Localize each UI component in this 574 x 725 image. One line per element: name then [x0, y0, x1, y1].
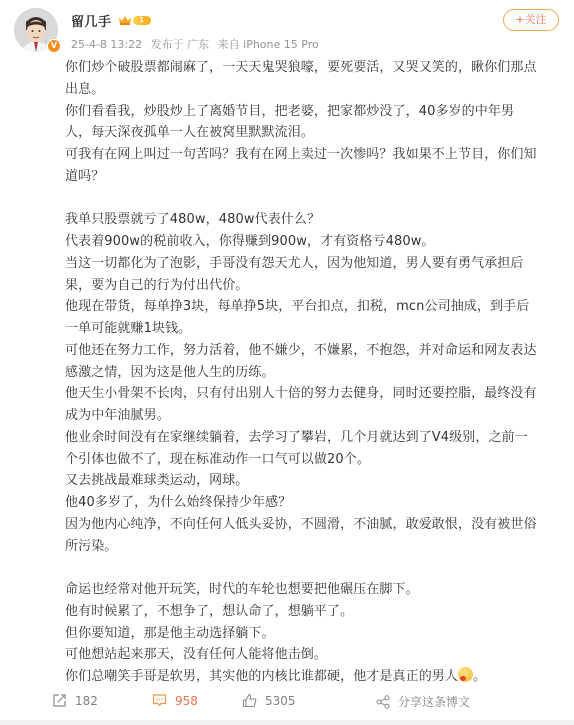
post-text-line: 代表着900w的税前收入，你得赚到900w，才有资格亏480w。 — [65, 231, 565, 253]
post-text-line: 命运也经常对他开玩笑，时代的车轮也想要把他碾压在脚下。 — [65, 579, 565, 601]
post-text-line: 道吗？ — [65, 166, 565, 188]
divider — [0, 720, 574, 725]
post-text-line: 可他想站起来那天，没有任何人能将他击倒。 — [65, 644, 565, 666]
post-text-line: 你们炒个破股票都闹麻了，一天天鬼哭狼嚎，要死要活，又哭又笑的，瞅你们那点 — [65, 57, 565, 79]
blank-line — [65, 188, 565, 210]
share-label: 分享这条博文 — [398, 693, 470, 710]
post-time[interactable]: 25-4-8 13:22 — [71, 38, 142, 51]
post-text-line: 果，要为自己的行为付出代价。 — [65, 275, 565, 297]
comment-button[interactable]: 958 — [152, 693, 198, 708]
thumbs-up-icon — [242, 693, 257, 708]
post-text-line: 又去挑战最难球类运动，网球。 — [65, 470, 565, 492]
post-text-line: 他40多岁了，为什么始终保持少年感？ — [65, 492, 565, 514]
post-location: 发布于 广东 — [151, 38, 210, 51]
repost-icon — [52, 693, 67, 708]
post-text-line: 人，每天深夜孤单一人在被窝里默默流泪。 — [65, 122, 565, 144]
post-text-line: 个引体也做不了，现在标准动作一口气可以做20个。 — [65, 449, 565, 471]
post-text-line: 可他还在努力工作，努力活着，他不嫌少，不嫌累，不抱怨，并对命运和网友表达 — [65, 340, 565, 362]
author-name[interactable]: 留几手 — [71, 11, 112, 30]
repost-button[interactable]: 182 — [52, 693, 98, 708]
post-text-line: 他有时候累了，不想争了，想认命了，想躺平了。 — [65, 601, 565, 623]
like-count: 5305 — [265, 694, 296, 708]
like-button[interactable]: 5305 — [242, 693, 296, 708]
post-text-line: 所污染。 — [65, 536, 565, 558]
verified-badge-icon: V — [47, 39, 61, 53]
post-text-line: 出息。 — [65, 79, 565, 101]
comment-count: 958 — [175, 694, 198, 708]
post-actions: 182 958 5305 分享这条博文 — [0, 688, 574, 716]
post-text-suffix: 。 — [473, 669, 486, 684]
share-button[interactable]: 分享这条博文 — [376, 693, 470, 710]
comment-icon — [152, 693, 167, 708]
blank-line — [65, 557, 565, 579]
post-text-line: 你们看看我，炒股炒上了离婚节目，把老婆，把家都炒没了，40多岁的中年男 — [65, 101, 565, 123]
post-meta: 25-4-8 13:22 发布于 广东 来自 iPhone 15 Pro — [71, 36, 324, 52]
post-text-line: 他现在带货，每单挣3块，每单挣5块，平台扣点，扣税，mcn公司抽成，到手后 — [65, 296, 565, 318]
post-text-line: 你们总嘲笑手哥是软男，其实他的内核比谁都硬，他才是真正的男人。 — [65, 666, 565, 688]
post-text: 你们总嘲笑手哥是软男，其实他的内核比谁都硬，他才是真正的男人 — [65, 669, 458, 684]
vip-level: 1 — [133, 16, 151, 25]
repost-count: 182 — [75, 694, 98, 708]
post-text-line: 但你要知道，那是他主动选择躺下。 — [65, 623, 565, 645]
post-text-line: 感激之情，因为这是他人生的历练。 — [65, 362, 565, 384]
post-text-line: 当这一切都化为了泡影，手哥没有怨天尤人，因为他知道，男人要有勇气承担后 — [65, 253, 565, 275]
post-header: V 留几手 1 25-4-8 13:22 发布于 广东 来自 iPhone 15… — [0, 0, 574, 56]
post-text-line: 一单可能就赚1块钱。 — [65, 318, 565, 340]
post-text-line: 我单只股票就亏了480w，480w代表什么？ — [65, 209, 565, 231]
vip-badge[interactable]: 1 — [118, 15, 151, 25]
crown-icon — [118, 15, 132, 25]
post-body: 你们炒个破股票都闹麻了，一天天鬼哭狼嚎，要死要活，又哭又笑的，瞅你们那点出息。你… — [65, 57, 565, 688]
post-text-line: 他天生小骨架不长肉，只有付出别人十倍的努力去健身，同时还要控脂，最终没有 — [65, 383, 565, 405]
post-source: 来自 iPhone 15 Pro — [218, 38, 319, 51]
follow-button[interactable]: +关注 — [503, 9, 559, 31]
post-text-line: 成为中年油腻男。 — [65, 405, 565, 427]
blush-emoji-icon — [458, 667, 473, 682]
author-name-row: 留几手 1 — [71, 11, 151, 29]
post-text-line: 可我有在网上叫过一句苦吗？我有在网上卖过一次惨吗？我如果不上节目，你们知 — [65, 144, 565, 166]
post-text-line: 他业余时间没有在家继续躺着，去学习了攀岩，几个月就达到了V4级别，之前一 — [65, 427, 565, 449]
share-icon — [376, 695, 390, 709]
post-text-line: 因为他内心纯净，不向任何人低头妥协，不圆滑，不油腻，敢爱敢恨，没有被世俗 — [65, 514, 565, 536]
